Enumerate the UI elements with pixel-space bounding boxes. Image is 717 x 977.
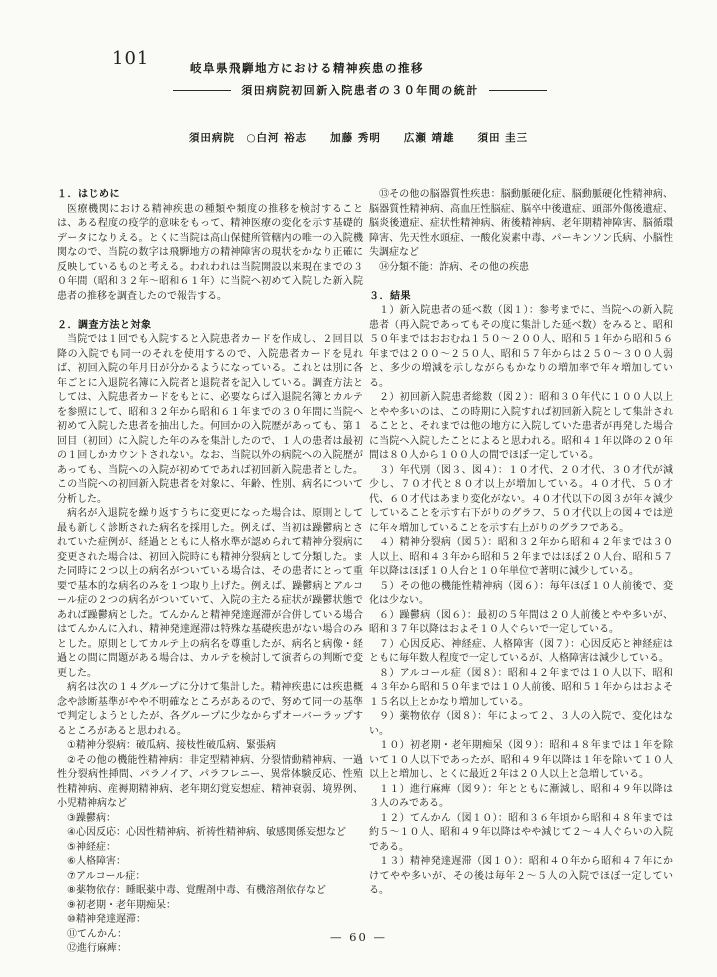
- subtitle-rule-right: [489, 90, 547, 91]
- result-item-13: １３）精神発達遅滞（図１０）：昭和４０年から昭和４７年にかけてやや多いが、その後…: [369, 855, 673, 899]
- disease-group-item-2: ②その他の機能性精神病：非定型精神病、分裂情動精神病、一過性分裂病性挿間、パラノ…: [57, 754, 363, 812]
- disease-group-item-6: ⑥人格障害：: [57, 855, 363, 870]
- paragraph-methods-2: 病名が入退院を繰り返すうちに変更になった場合は、原則として最も新しく診断された病…: [57, 507, 363, 681]
- disease-group-item-4: ④心因反応：心因性精神病、祈祷性精神病、敏感関係妄想など: [57, 826, 363, 841]
- section-heading-introduction: １．はじめに: [57, 188, 363, 203]
- authors-line: 須田病院 ○白河 裕志 加藤 秀明 広瀬 靖雄 須田 圭三: [0, 130, 717, 145]
- disease-group-item-1: ①精神分裂病：破瓜病、接枝性破瓜病、緊張病: [57, 739, 363, 754]
- result-item-6: ６）躁鬱病（図６）：最初の５年間は２０人前後とやや多いが、昭和３７年以降はおよそ…: [369, 609, 673, 638]
- disease-group-item-13: ⑬その他の脳器質性疾患：脳動脈硬化症、脳動脈硬化性精神病、脳器質性精神病、高血圧…: [369, 188, 673, 261]
- paper-subtitle: 須田病院初回新入院患者の３０年間の統計: [241, 82, 479, 98]
- disease-group-item-12: ⑫進行麻痺：: [57, 942, 363, 957]
- paragraph-methods-1: 当院では１回でも入院すると入院患者カードを作成し、２回目以降の入院でも同一のそれ…: [57, 333, 363, 507]
- paragraph-introduction: 医療機関における精神疾患の種類や頻度の推移を検討することは、ある程度の疫学的意味…: [57, 203, 363, 305]
- disease-group-item-7: ⑦アルコール症：: [57, 870, 363, 885]
- page-number: — 60 —: [0, 930, 717, 944]
- result-item-3: ３）年代別（図３、図４）：１０才代、２０才代、３０才代が減少し、７０才代と８０才…: [369, 464, 673, 537]
- paper-title: 岐阜県飛騨地方における精神疾患の推移: [190, 60, 424, 76]
- result-item-9: ９）薬物依存（図８）：年によって２、３人の入院で、変化はない。: [369, 710, 673, 739]
- disease-group-item-8: ⑧薬物依存：睡眠薬中毒、覚醒剤中毒、有機溶剤依存など: [57, 884, 363, 899]
- result-item-5: ５）その他の機能性精神病（図６）：毎年ほぼ１０人前後で、変化は少ない。: [369, 580, 673, 609]
- result-item-12: １２）てんかん（図１０）：昭和３６年頃から昭和４８年までは約５～１０人、昭和４９…: [369, 812, 673, 856]
- left-column: １．はじめに 医療機関における精神疾患の種類や頻度の推移を検討することは、ある程…: [57, 188, 363, 957]
- disease-group-item-3: ③躁鬱病：: [57, 812, 363, 827]
- result-item-1: １）新入院患者の延べ数（図１）：参考までに、当院への新入院患者（再入院であっても…: [369, 304, 673, 391]
- disease-group-item-5: ⑤神経症：: [57, 841, 363, 856]
- disease-group-item-9: ⑨初老期・老年期痴呆：: [57, 899, 363, 914]
- result-item-4: ４）精神分裂病（図５）：昭和３２年から昭和４２年までは３０人以上、昭和４３年から…: [369, 536, 673, 580]
- result-item-11: １１）進行麻痺（図９）：年とともに漸減し、昭和４９年以降は３人のみである。: [369, 783, 673, 812]
- disease-group-item-10: ⑩精神発達遅滞：: [57, 913, 363, 928]
- paragraph-methods-3: 病名は次の１４グループに分けて集計した。精神疾患には疾患概念や診断基準がやや不明…: [57, 681, 363, 739]
- result-item-10: １０）初老期・老年期痴呆（図９）：昭和４８年までは１年を除いて１０人以下であった…: [369, 739, 673, 783]
- abstract-number: 101: [112, 48, 149, 69]
- result-item-7: ７）心因反応、神経症、人格障害（図７）：心因反応と神経症はともに毎年数人程度で一…: [369, 638, 673, 667]
- result-item-8: ８）アルコール症（図８）：昭和４２年までは１０人以下、昭和４３年から昭和５０年ま…: [369, 667, 673, 711]
- disease-group-item-14: ⑭分類不能：詐病、その他の疾患: [369, 261, 673, 276]
- subtitle-rule-left: [173, 90, 231, 91]
- paper-subtitle-row: 須田病院初回新入院患者の３０年間の統計: [140, 82, 580, 98]
- right-column: ⑬その他の脳器質性疾患：脳動脈硬化症、脳動脈硬化性精神病、脳器質性精神病、高血圧…: [369, 188, 673, 899]
- section-heading-methods: ２．調査方法と対象: [57, 319, 363, 334]
- result-item-2: ２）初回新入院患者総数（図２）：昭和３０年代に１００人以上とやや多いのは、この時…: [369, 391, 673, 464]
- section-heading-results: ３．結果: [369, 290, 673, 305]
- scanned-paper-page: 101 岐阜県飛騨地方における精神疾患の推移 須田病院初回新入院患者の３０年間の…: [0, 0, 717, 977]
